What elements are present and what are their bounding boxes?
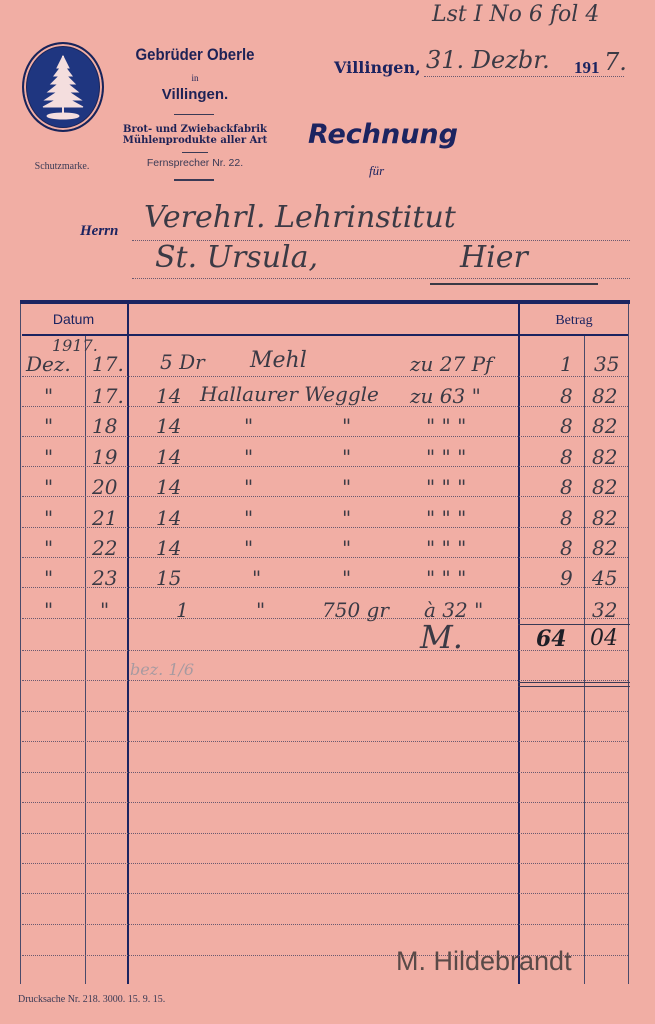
cell-price: " " " xyxy=(426,475,466,499)
date-handwritten: 31. Dezbr. xyxy=(426,46,550,74)
firm-city: Villingen. xyxy=(118,86,272,103)
print-footer: Drucksache Nr. 218. 3000. 15. 9. 15. xyxy=(18,994,165,1005)
row-line xyxy=(22,680,628,681)
cell-ditto: " xyxy=(342,566,351,590)
row-line xyxy=(22,741,628,742)
row-line xyxy=(22,833,628,834)
total-pf: 04 xyxy=(590,626,618,651)
row-line xyxy=(22,924,628,925)
address-line-2 xyxy=(132,278,630,279)
total-mark: 64 xyxy=(536,626,567,652)
cell-item: " xyxy=(244,536,253,560)
place: Villingen, xyxy=(334,58,421,77)
cell-qty: 14 xyxy=(156,384,181,408)
recipient-line2-right: Hier xyxy=(460,240,528,275)
firm-in: in xyxy=(118,73,272,83)
fuer-label: für xyxy=(369,163,384,179)
cell-pf: 82 xyxy=(592,506,617,530)
divider xyxy=(174,179,214,181)
cell-item: " xyxy=(244,445,253,469)
cell-pf: 82 xyxy=(592,414,617,438)
cell-price: " " " xyxy=(426,506,466,530)
table-top-bar xyxy=(20,300,630,304)
underline xyxy=(430,283,598,285)
cell-mark: 8 xyxy=(560,384,573,408)
column-header-date: Datum xyxy=(20,311,127,327)
cell-mark: 8 xyxy=(560,536,573,560)
pencil-note: bez. 1/6 xyxy=(130,660,194,679)
cell-ditto: " xyxy=(342,475,351,499)
cell-mark: 8 xyxy=(560,506,573,530)
row-line xyxy=(22,863,628,864)
cell-pf: 45 xyxy=(592,566,617,590)
cell-ditto: " xyxy=(342,536,351,560)
year-printed: 191 xyxy=(574,58,600,78)
cell-qty: 1 xyxy=(176,598,189,622)
cell-qty: 14 xyxy=(156,536,181,560)
cell-price: zu 63 " xyxy=(410,384,481,408)
cell-price: " " " xyxy=(426,414,466,438)
cell-pf: 32 xyxy=(592,598,617,622)
cell-day: 17. xyxy=(92,352,124,376)
cell-mark: 8 xyxy=(560,445,573,469)
firm-business-line2: Mühlenprodukte aller Art xyxy=(118,135,272,146)
cell-month: " xyxy=(44,384,53,408)
divider xyxy=(182,152,208,153)
cell-item: Hallaurer Weggle xyxy=(200,382,379,406)
trademark-label: Schutzmarke. xyxy=(20,161,104,172)
cell-mark: 8 xyxy=(560,414,573,438)
cell-qty: 14 xyxy=(156,445,181,469)
firm-name: Gebrüder Oberle xyxy=(127,45,263,65)
cell-weight: 750 gr xyxy=(322,598,389,622)
cell-mark: 1 xyxy=(560,352,573,376)
trademark-logo xyxy=(22,42,104,132)
cell-price: " " " xyxy=(426,536,466,560)
cell-day: 22 xyxy=(92,536,117,560)
cell-price: " " " xyxy=(426,445,466,469)
row-line xyxy=(22,893,628,894)
cell-day: " xyxy=(100,598,109,622)
cell-qty: 15 xyxy=(156,566,181,590)
cell-month: " xyxy=(44,536,53,560)
cell-qty: 14 xyxy=(156,475,181,499)
cell-item: Mehl xyxy=(250,348,307,373)
row-line xyxy=(22,711,628,712)
cell-month: " xyxy=(44,506,53,530)
sum-line xyxy=(518,624,630,625)
fir-tree-icon xyxy=(24,44,102,130)
cell-mark: 8 xyxy=(560,475,573,499)
cell-month: " xyxy=(44,475,53,499)
column-header-amount: Betrag xyxy=(518,313,630,329)
cell-qty: 14 xyxy=(156,506,181,530)
firm-business: Brot- und Zwiebackfabrik Mühlenprodukte … xyxy=(118,124,272,146)
total-double-line xyxy=(518,682,630,687)
cell-item: " xyxy=(244,414,253,438)
cell-day: 18 xyxy=(92,414,117,438)
cell-ditto: " xyxy=(342,414,351,438)
cell-day: 21 xyxy=(92,506,117,530)
year-handwritten: 7. xyxy=(604,48,627,76)
cell-month: Dez. xyxy=(26,352,71,376)
cell-day: 20 xyxy=(92,475,117,499)
cell-day: 17. xyxy=(92,384,124,408)
table-right-border xyxy=(628,304,629,984)
cell-month: " xyxy=(44,445,53,469)
cell-price: zu 27 Pf xyxy=(410,352,492,376)
cell-month: " xyxy=(44,566,53,590)
firm-business-line1: Brot- und Zwiebackfabrik xyxy=(118,124,272,135)
row-line xyxy=(22,802,628,803)
cell-mark: 9 xyxy=(560,566,573,590)
divider xyxy=(174,114,214,115)
recipient-line2: St. Ursula, xyxy=(155,240,318,275)
cell-qty: 5 Dr xyxy=(160,350,205,374)
signature-stamp: M. Hildebrandt xyxy=(396,946,572,977)
row-line xyxy=(22,376,628,377)
row-line xyxy=(22,772,628,773)
reference-note: Lst I No 6 fol 4 xyxy=(432,2,599,27)
total-currency: M. xyxy=(420,618,463,656)
header-underline xyxy=(22,334,628,336)
cell-day: 23 xyxy=(92,566,117,590)
cell-pf: 82 xyxy=(592,536,617,560)
cell-ditto: " xyxy=(342,506,351,530)
cell-qty: 14 xyxy=(156,414,181,438)
cell-ditto: " xyxy=(342,445,351,469)
document-title: Rechnung xyxy=(308,119,458,150)
cell-item: " xyxy=(244,475,253,499)
table-left-border xyxy=(20,304,21,984)
mark-pf-divider xyxy=(584,335,585,984)
cell-item: " xyxy=(252,566,261,590)
firm-phone: Fernsprecher Nr. 22. xyxy=(118,157,272,169)
date-divider xyxy=(85,335,86,984)
cell-pf: 82 xyxy=(592,445,617,469)
recipient-line1: Verehrl. Lehrinstitut xyxy=(144,200,456,235)
cell-item: " xyxy=(256,598,265,622)
salutation: Herrn xyxy=(80,223,118,240)
cell-pf: 82 xyxy=(592,475,617,499)
cell-pf: 35 xyxy=(594,352,619,376)
cell-price: " " " xyxy=(426,566,466,590)
cell-item: " xyxy=(244,506,253,530)
cell-month: " xyxy=(44,598,53,622)
cell-month: " xyxy=(44,414,53,438)
cell-pf: 82 xyxy=(592,384,617,408)
cell-day: 19 xyxy=(92,445,117,469)
